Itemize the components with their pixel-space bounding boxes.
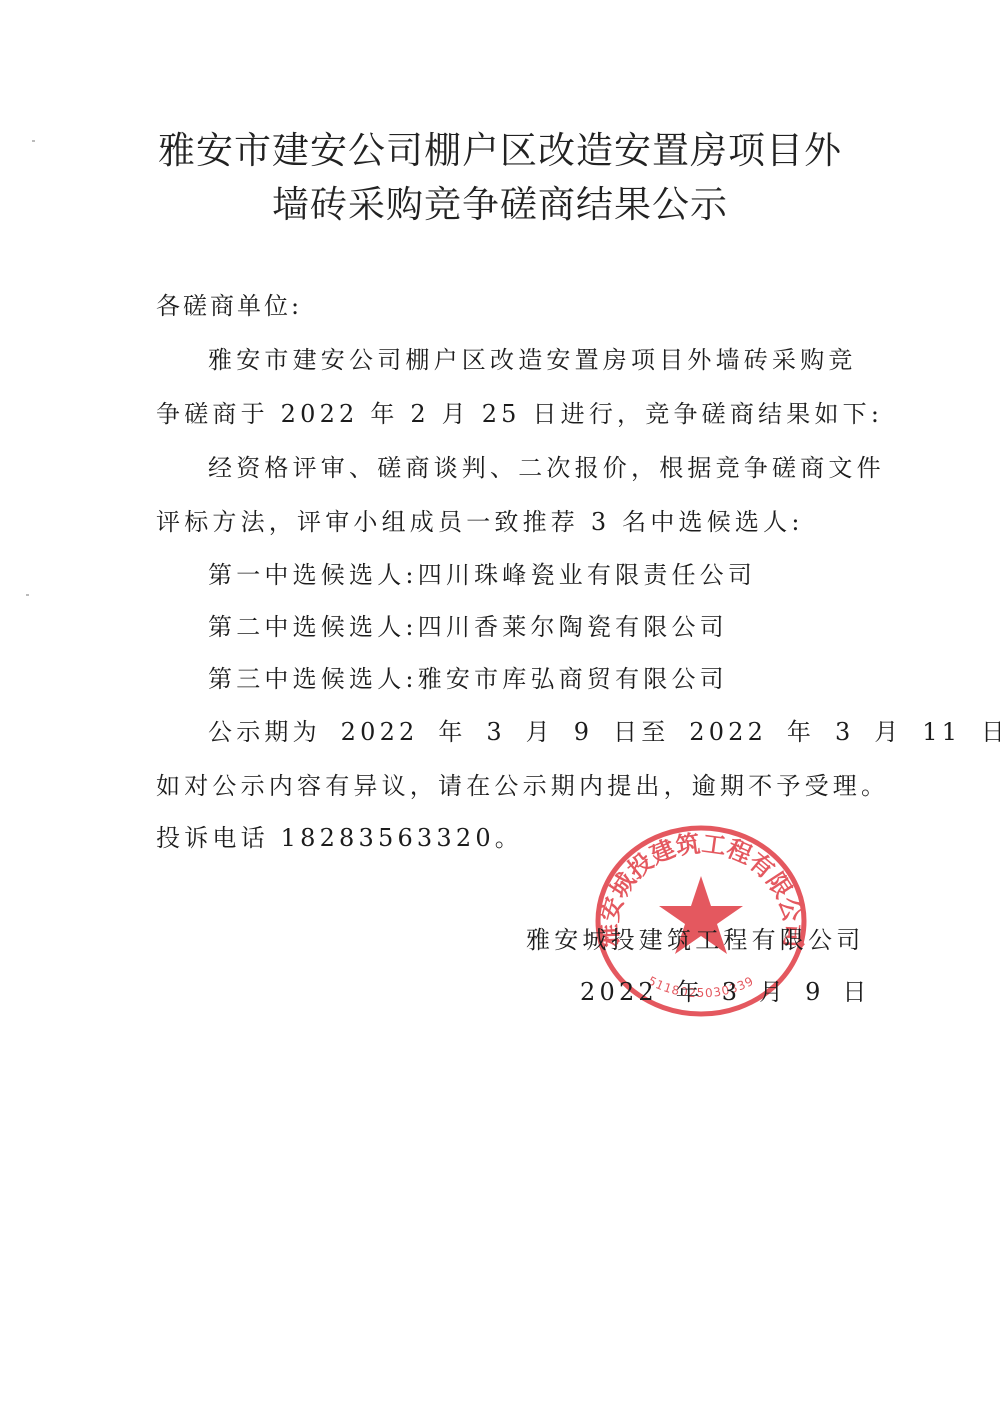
paragraph-2-line-1: 经资格评审、磋商谈判、二次报价，根据竞争磋商文件 <box>208 448 885 483</box>
salutation: 各磋商单位: <box>156 286 302 321</box>
candidate-2: 第二中选候选人:四川香莱尔陶瓷有限公司 <box>208 607 728 642</box>
candidate-label: 第三中选候选人: <box>208 665 418 693</box>
candidate-1: 第一中选候选人:四川珠峰瓷业有限责任公司 <box>208 555 756 590</box>
candidate-company: 四川香莱尔陶瓷有限公司 <box>418 613 728 641</box>
signing-date: 2022 年 3 月 9 日 <box>580 972 871 1007</box>
paragraph-1-line-1: 雅安市建安公司棚户区改造安置房项目外墙砖采购竞 <box>208 340 857 375</box>
candidate-label: 第二中选候选人: <box>208 613 418 641</box>
document-title-line-1: 雅安市建安公司棚户区改造安置房项目外 <box>0 120 1000 174</box>
paragraph-2-line-2: 评标方法，评审小组成员一致推荐 3 名中选候选人: <box>156 502 804 537</box>
candidate-label: 第一中选候选人: <box>208 561 418 589</box>
paragraph-3-line-2: 如对公示内容有异议，请在公示期内提出，逾期不予受理。 <box>156 766 889 801</box>
scan-speck <box>26 594 29 596</box>
signing-organization: 雅安城投建筑工程有限公司 <box>526 920 864 955</box>
candidate-3: 第三中选候选人:雅安市库弘商贸有限公司 <box>208 659 728 694</box>
document-title-line-2: 墙砖采购竞争磋商结果公示 <box>0 174 1000 228</box>
paragraph-1-line-2: 争磋商于 2022 年 2 月 25 日进行，竞争磋商结果如下: <box>156 394 883 429</box>
candidate-company: 雅安市库弘商贸有限公司 <box>418 665 728 693</box>
complaint-phone: 投诉电话 18283563320。 <box>156 818 523 853</box>
candidate-company: 四川珠峰瓷业有限责任公司 <box>418 561 756 589</box>
scan-speck <box>32 140 35 142</box>
paragraph-3-line-1: 公示期为 2022 年 3 月 9 日至 2022 年 3 月 11 日， <box>208 712 1000 747</box>
